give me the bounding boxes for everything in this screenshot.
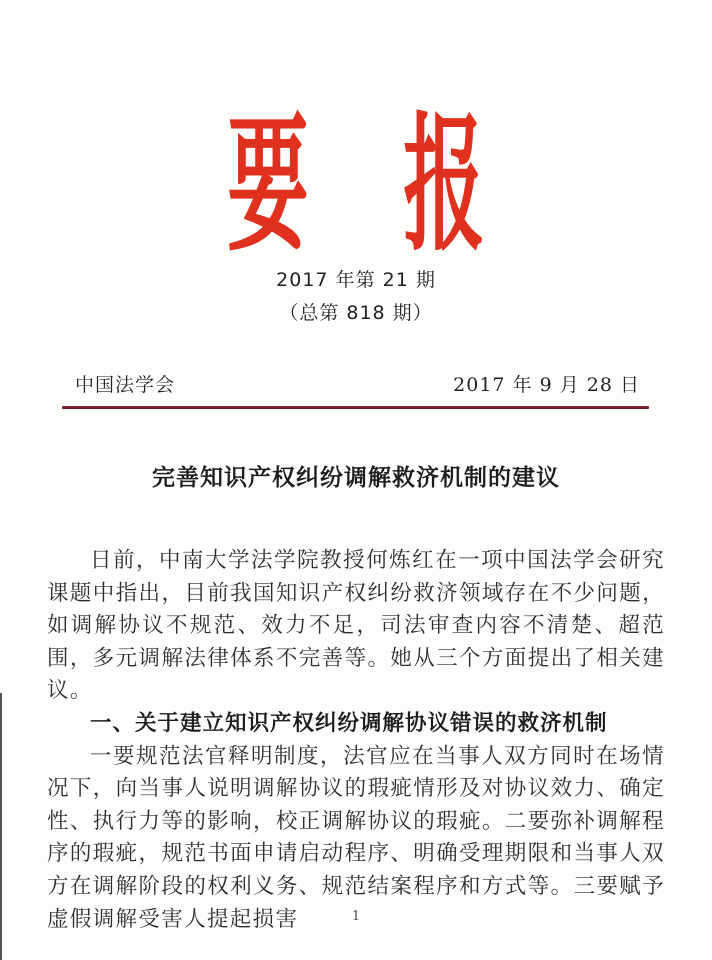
issue-number-line: 2017 年第 21 期	[0, 267, 712, 293]
body-paragraph: 日前，中南大学法学院教授何炼红在一项中国法学会研究课题中指出，目前我国知识产权纠…	[47, 545, 665, 708]
article-title: 完善知识产权纠纷调解救济机制的建议	[0, 459, 712, 492]
publisher-name: 中国法学会	[75, 370, 175, 397]
masthead-title: 要 报	[0, 0, 712, 260]
publication-date: 2017 年 9 月 28 日	[453, 370, 640, 397]
header-rule	[62, 406, 649, 409]
document-page: 要 报 2017 年第 21 期 （总第 818 期） 中国法学会 2017 年…	[0, 0, 712, 960]
section-heading: 一、关于建立知识产权纠纷调解协议错误的救济机制	[47, 708, 665, 741]
masthead-char-yao: 要	[227, 110, 308, 260]
page-number: 1	[352, 909, 360, 924]
masthead-char-bao: 报	[403, 110, 484, 260]
publisher-row: 中国法学会 2017 年 9 月 28 日	[0, 370, 712, 397]
article-body: 日前，中南大学法学院教授何炼红在一项中国法学会研究课题中指出，目前我国知识产权纠…	[47, 545, 665, 936]
total-issue-number-line: （总第 818 期）	[0, 300, 712, 326]
scan-edge-artifact	[0, 693, 2, 960]
body-paragraph: 一要规范法官释明制度，法官应在当事人双方同时在场情况下，向当事人说明调解协议的瑕…	[47, 741, 665, 937]
